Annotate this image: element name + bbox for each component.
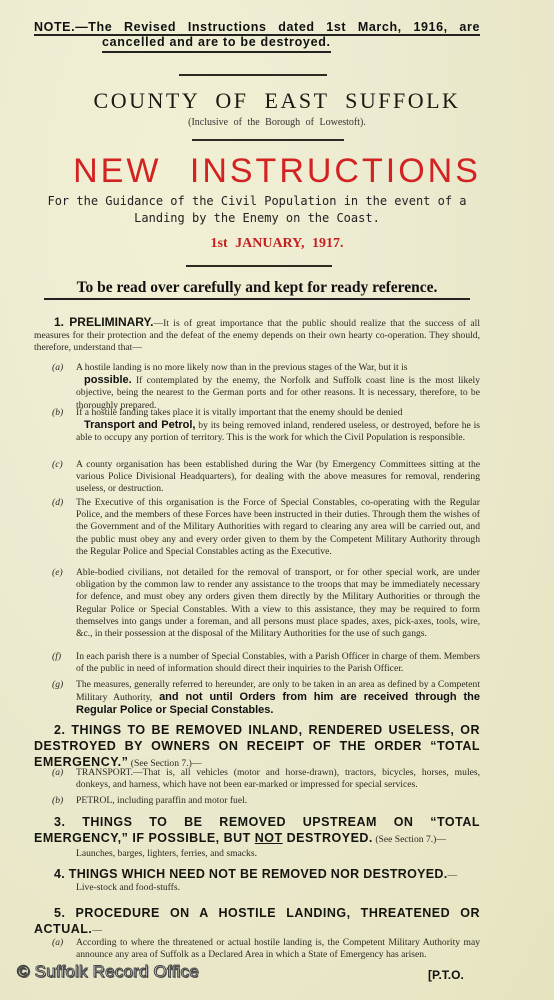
section-1-heading: 1. PRELIMINARY. — [54, 315, 154, 329]
item-label: (b) — [52, 407, 63, 419]
note-line-2: cancelled and are to be destroyed. — [102, 35, 331, 53]
item-text: A county organisation has been establish… — [76, 459, 480, 496]
item-label: (a) — [52, 937, 63, 949]
document-subtitle: For the Guidance of the Civil Population… — [34, 193, 480, 227]
section-ref: (See Section 7.)— — [373, 834, 446, 845]
section-2-heading: 2. THINGS TO BE REMOVED INLAND, RENDERED… — [34, 723, 480, 769]
section-1-item-e: (e) Able-bodied civilians, not detailed … — [52, 567, 480, 640]
item-text: The Executive of this organisation is th… — [76, 497, 480, 558]
issue-date: 1st JANUARY, 1917. — [0, 236, 554, 252]
document-title: NEW INSTRUCTIONS — [0, 152, 554, 190]
document-page: NOTE.—The Revised Instructions dated 1st… — [0, 0, 554, 1000]
heading-dash: — — [448, 870, 458, 881]
item-text-part: A hostile landing is no more likely now … — [76, 362, 407, 373]
section-2: 2. THINGS TO BE REMOVED INLAND, RENDERED… — [34, 722, 480, 770]
section-1-item-b: (b) If a hostile landing takes place it … — [52, 407, 480, 445]
section-1-item-a: (a) A hostile landing is no more likely … — [52, 362, 480, 412]
section-1: 1. PRELIMINARY.—It is of great importanc… — [34, 316, 480, 355]
emphasis-not: NOT — [255, 831, 283, 845]
emphasis-transport-petrol: Transport and Petrol, — [84, 419, 195, 431]
subtitle-line-2: Landing by the Enemy on the Coast. — [34, 210, 480, 227]
please-turn-over: [P.T.O. — [428, 968, 464, 982]
item-text: The measures, generally referred to here… — [76, 679, 480, 718]
item-text: A hostile landing is no more likely now … — [76, 362, 480, 412]
section-3: 3. THINGS TO BE REMOVED UPSTREAM ON “TOT… — [34, 814, 480, 846]
section-5: 5. PROCEDURE ON A HOSTILE LANDING, THREA… — [34, 905, 480, 937]
item-text-part: If contemplated by the enemy, the Norfol… — [76, 375, 480, 410]
section-3-text: Launches, barges, lighters, ferries, and… — [76, 848, 257, 860]
item-text: If a hostile landing takes place it is v… — [76, 407, 480, 445]
section-2-item-b: (b) PETROL, including paraffin and motor… — [52, 795, 480, 807]
divider-rule — [192, 139, 344, 141]
section-4-text: Live-stock and food-stuffs. — [76, 882, 180, 894]
item-label: (e) — [52, 567, 63, 579]
emphasis-possible: possible. — [84, 374, 132, 386]
section-1-item-c: (c) A county organisation has been estab… — [52, 459, 480, 496]
county-subtitle: (Inclusive of the Borough of Lowestoft). — [0, 117, 554, 128]
heading-dash: — — [92, 925, 102, 936]
item-label: (b) — [52, 795, 63, 807]
note-line-1: NOTE.—The Revised Instructions dated 1st… — [34, 20, 480, 36]
item-text-part: If a hostile landing takes place it is v… — [76, 407, 402, 418]
section-4: 4. THINGS WHICH NEED NOT BE REMOVED NOR … — [54, 865, 480, 883]
section-1-item-f: (f) In each parish there is a number of … — [52, 651, 480, 675]
item-text: According to where the threatened or act… — [76, 937, 480, 961]
section-5-item-a: (a) According to where the threatened or… — [52, 937, 480, 961]
subtitle-line-1: For the Guidance of the Civil Population… — [34, 193, 480, 210]
county-title: COUNTY OF EAST SUFFOLK — [0, 88, 554, 114]
heading-part: DESTROYED. — [283, 831, 373, 845]
item-label: (c) — [52, 459, 63, 471]
item-text: In each parish there is a number of Spec… — [76, 651, 480, 675]
read-over-banner: To be read over carefully and kept for r… — [44, 279, 470, 300]
item-label: (f) — [52, 651, 61, 663]
copyright-watermark: © Suffolk Record Office — [17, 962, 199, 982]
item-label: (a) — [52, 362, 63, 374]
item-label: (d) — [52, 497, 63, 509]
item-label: (a) — [52, 767, 63, 779]
section-2-item-a: (a) TRANSPORT.—That is, all vehicles (mo… — [52, 767, 480, 791]
divider-rule — [179, 74, 327, 76]
section-1-item-g: (g) The measures, generally referred to … — [52, 679, 480, 718]
section-1-item-d: (d) The Executive of this organisation i… — [52, 497, 480, 558]
item-text: TRANSPORT.—That is, all vehicles (motor … — [76, 767, 480, 791]
item-text: PETROL, including paraffin and motor fue… — [76, 795, 480, 807]
cancellation-note: NOTE.—The Revised Instructions dated 1st… — [34, 19, 480, 35]
item-label: (g) — [52, 679, 63, 691]
item-text: Able-bodied civilians, not detailed for … — [76, 567, 480, 640]
divider-rule — [186, 265, 332, 267]
section-4-heading: 4. THINGS WHICH NEED NOT BE REMOVED NOR … — [54, 867, 448, 881]
